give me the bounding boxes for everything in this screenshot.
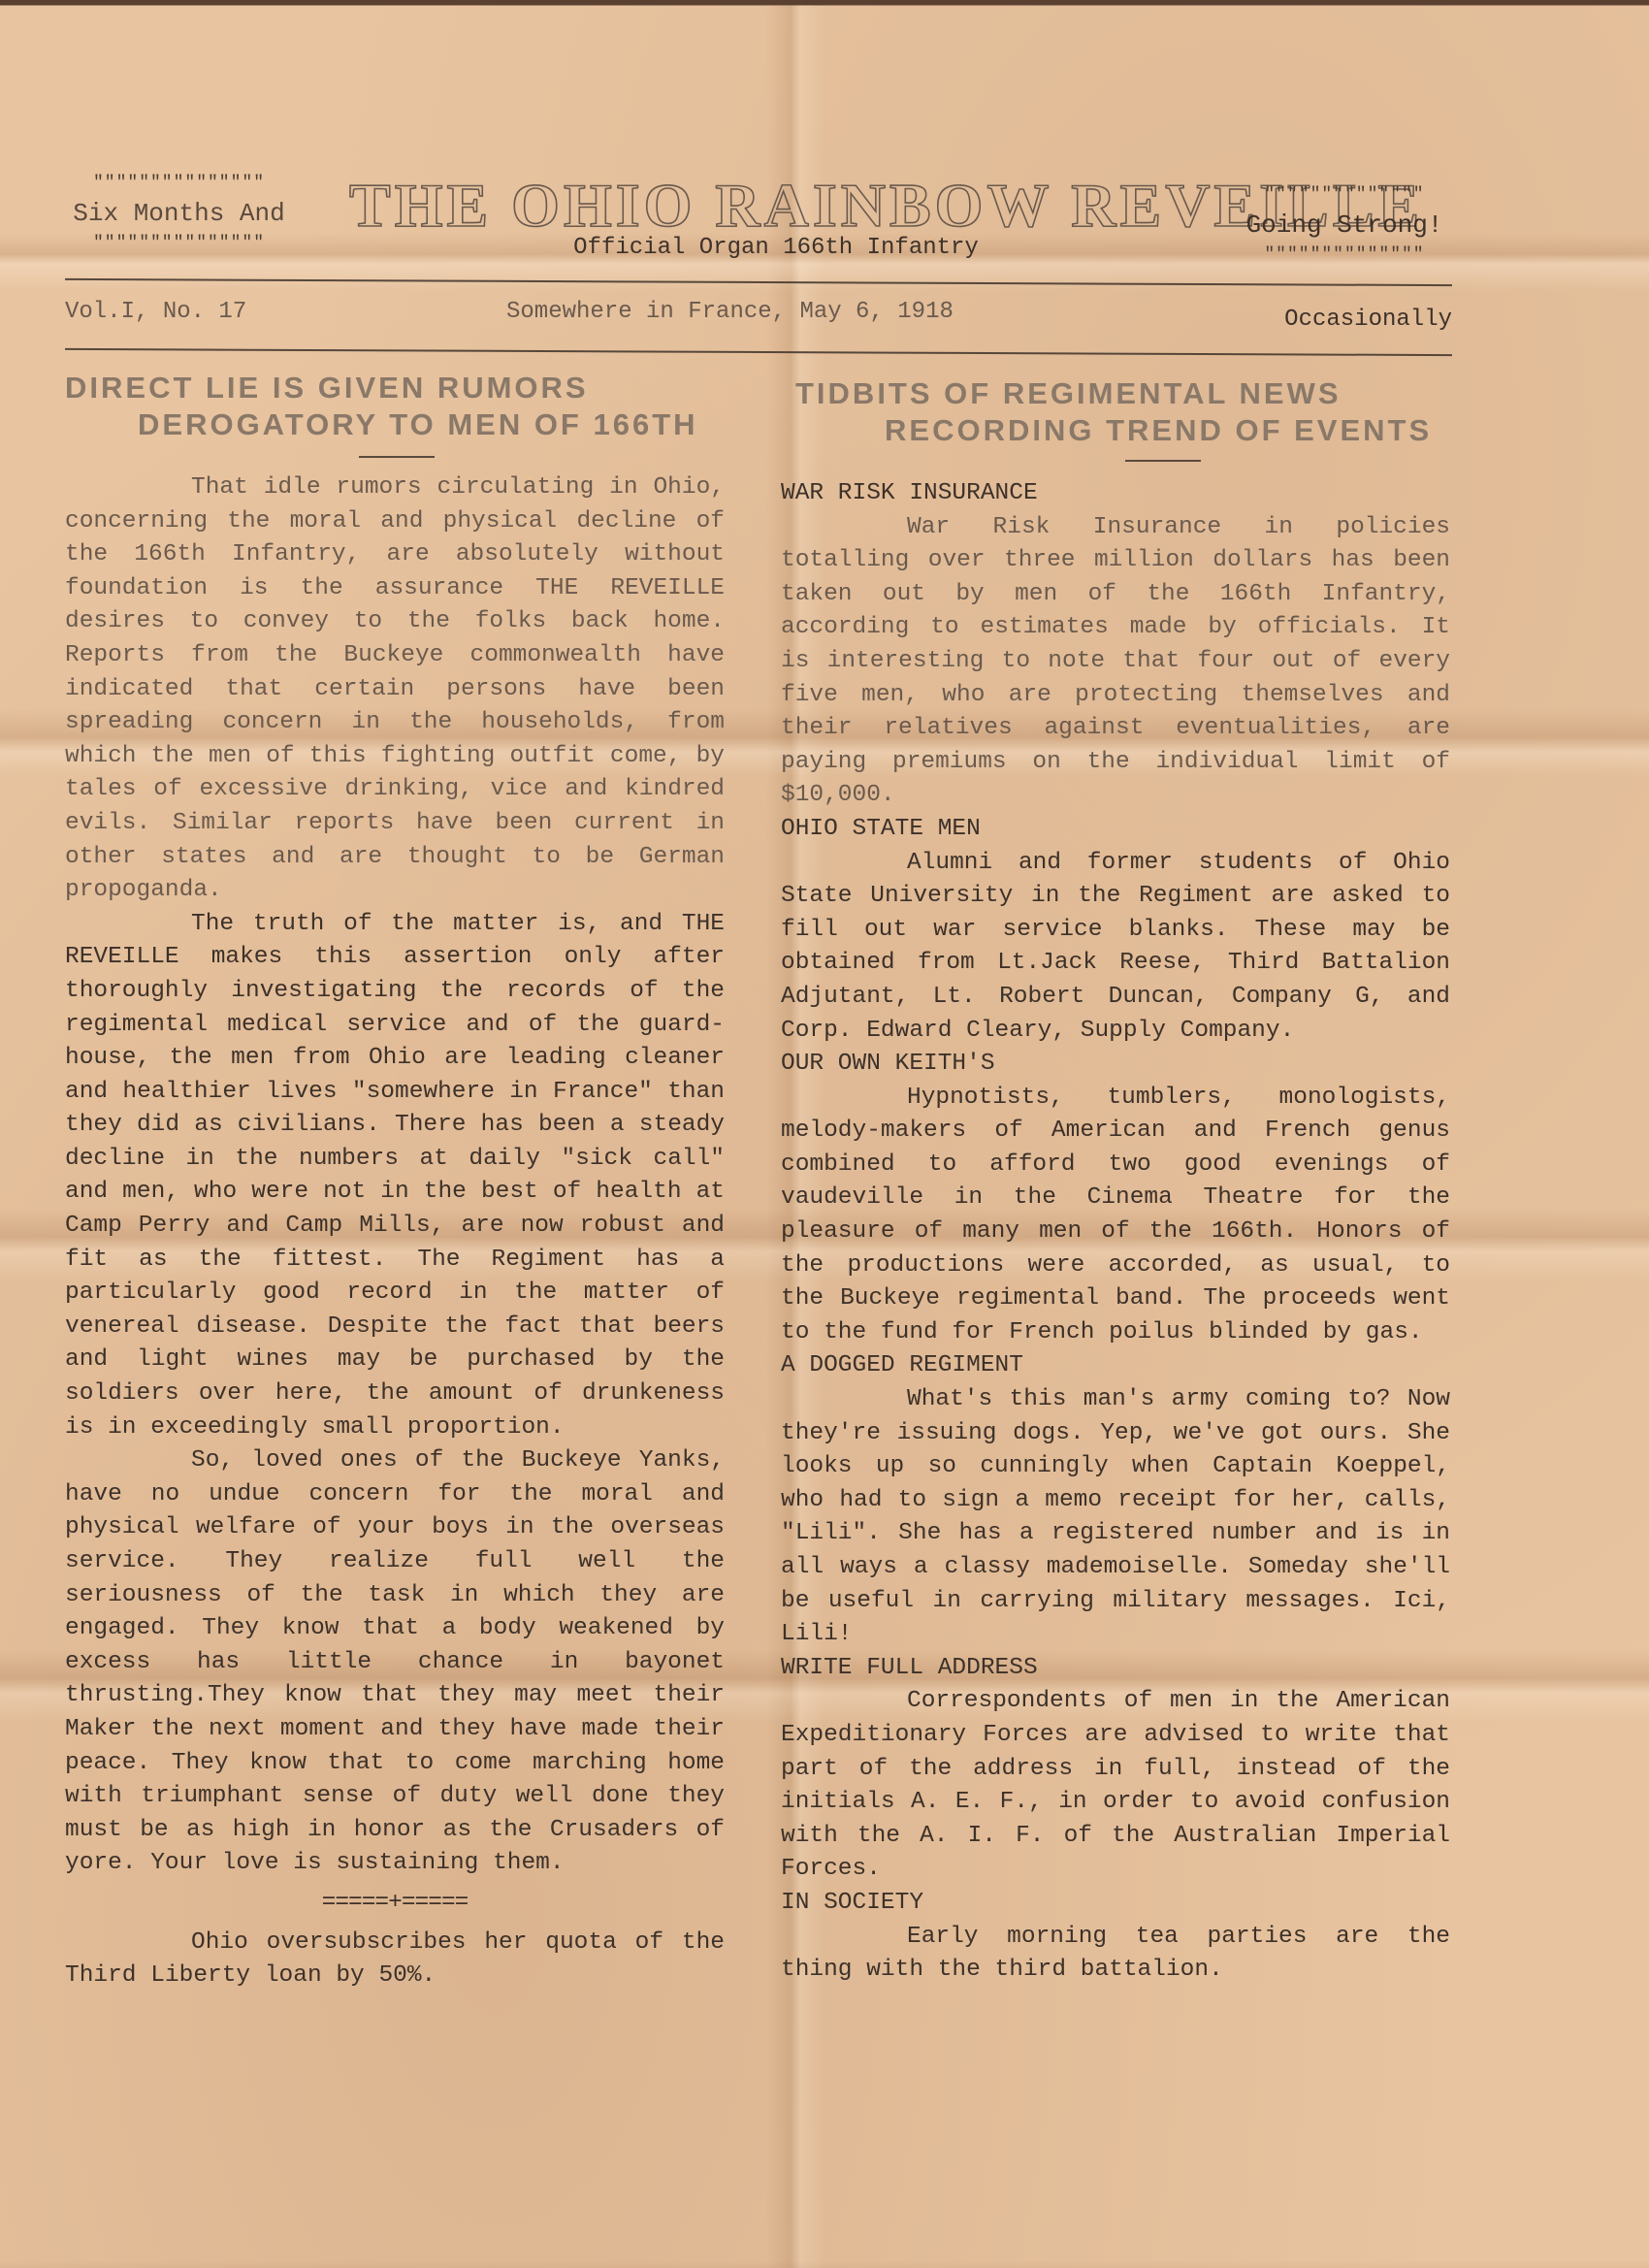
dash-border-top: """"""""""""""" xyxy=(65,173,293,194)
news-item-kicker: IN SOCIETY xyxy=(781,1887,1450,1921)
newspaper-title: THE OHIO RAINBOW REVEILLE xyxy=(349,170,1203,242)
article-paragraph: So, loved ones of the Buckeye Yanks, hav… xyxy=(65,1444,725,1881)
left-headline-rule xyxy=(359,456,435,458)
right-headline-rule xyxy=(1125,460,1201,462)
volume-number: Vol.I, No. 17 xyxy=(65,299,246,325)
left-headline-line-1: DIRECT LIE IS GIVEN RUMORS xyxy=(65,369,589,407)
news-item-kicker: OHIO STATE MEN xyxy=(781,813,1450,847)
place-date: Somewhere in France, May 6, 1918 xyxy=(506,299,954,325)
newspaper-page: """"""""""""""" Six Months And """""""""… xyxy=(0,0,1649,2268)
publication-frequency: Occasionally xyxy=(1284,307,1452,333)
masthead-right-text: Going Strong! xyxy=(1237,206,1452,244)
masthead-left-text: Six Months And xyxy=(65,194,293,233)
news-item-body: Hypnotists, tumblers, monologists, melod… xyxy=(781,1082,1450,1350)
masthead-rule-top xyxy=(65,278,1452,286)
masthead-rule-bottom xyxy=(65,348,1452,356)
right-headline-line-2: RECORDING TREND OF EVENTS xyxy=(885,411,1432,450)
news-item-body: Correspondents of men in the American Ex… xyxy=(781,1685,1450,1887)
news-item-kicker: OUR OWN KEITH'S xyxy=(781,1048,1450,1082)
dash-border-bottom: """"""""""""""" xyxy=(65,233,293,254)
masthead-right-box: """""""""""""" Going Strong! """""""""""… xyxy=(1237,184,1452,266)
article-paragraph: The truth of the matter is, and THE REVE… xyxy=(65,908,725,1445)
left-article-body: That idle rumors circulating in Ohio, co… xyxy=(65,471,725,1993)
news-item-kicker: WAR RISK INSURANCE xyxy=(781,477,1450,511)
article-paragraph: That idle rumors circulating in Ohio, co… xyxy=(65,471,725,908)
right-headline-line-1: TIDBITS OF REGIMENTAL NEWS xyxy=(795,374,1342,413)
right-article-body: WAR RISK INSURANCE War Risk Insurance in… xyxy=(781,477,1450,1988)
news-item-body: War Risk Insurance in policies totalling… xyxy=(781,511,1450,813)
left-headline-line-2: DEROGATORY TO MEN OF 166TH xyxy=(138,405,698,444)
dash-border-top: """""""""""""" xyxy=(1237,184,1452,206)
masthead-left-box: """"""""""""""" Six Months And """""""""… xyxy=(65,173,293,254)
section-separator: =====+===== xyxy=(65,1887,725,1921)
dash-border-bottom: """""""""""""" xyxy=(1237,244,1452,266)
news-item-kicker: A DOGGED REGIMENT xyxy=(781,1349,1450,1383)
news-item-body: What's this man's army coming to? Now th… xyxy=(781,1383,1450,1652)
dateline: Vol.I, No. 17 Somewhere in France, May 6… xyxy=(65,299,1452,338)
footnote-paragraph: Ohio oversubscribes her quota of the Thi… xyxy=(65,1927,725,1993)
news-item-body: Alumni and former students of Ohio State… xyxy=(781,847,1450,1049)
news-item-body: Early morning tea parties are the thing … xyxy=(781,1921,1450,1988)
news-item-kicker: WRITE FULL ADDRESS xyxy=(781,1652,1450,1686)
newspaper-subtitle: Official Organ 166th Infantry xyxy=(485,235,1067,261)
